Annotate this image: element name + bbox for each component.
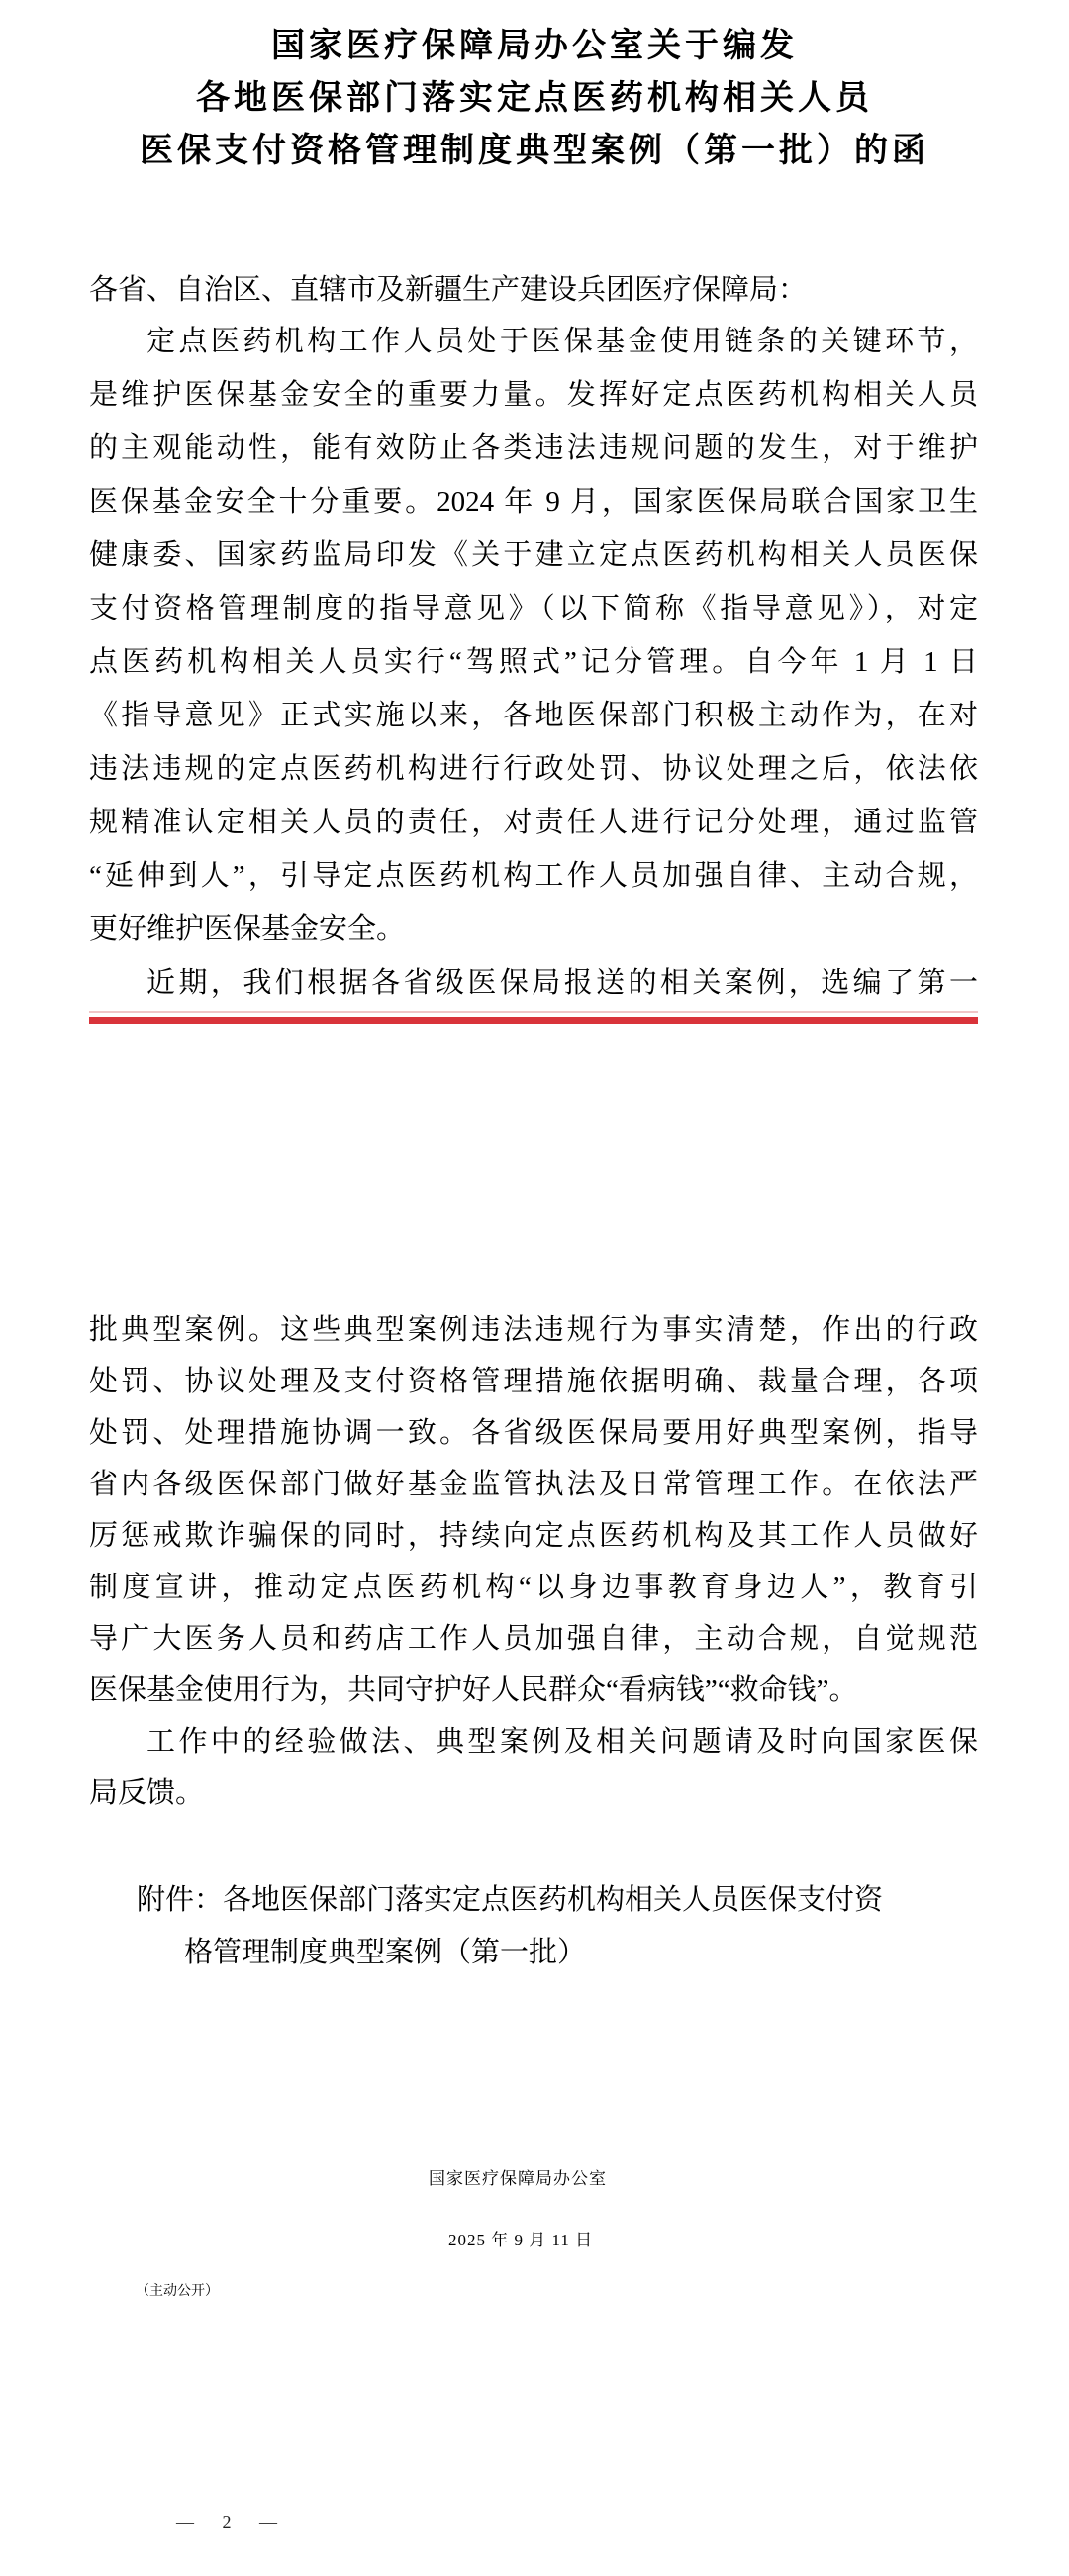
body-line: 支付资格管理制度的指导意见》（以下简称《指导意见》），对定 xyxy=(89,582,978,635)
paragraph-2-continued: 批典型案例。这些典型案例违法违规行为事实清楚，作出的行政 处罚、协议处理及支付资… xyxy=(89,1304,978,1716)
body-line: 局反馈。 xyxy=(89,1767,978,1819)
title-line: 国家医疗保障局办公室关于编发 xyxy=(0,20,1069,72)
attachment-note: 附件：各地医保部门落实定点医药机构相关人员医保支付资 格管理制度典型案例（第一批… xyxy=(89,1874,978,1979)
page-number: — 2 — xyxy=(176,2509,289,2534)
body-line: 的主观能动性，能有效防止各类违法违规问题的发生，对于维护 xyxy=(89,422,978,475)
body-line: 制度宣讲，推动定点医药机构“以身边事教育身边人”，教育引 xyxy=(89,1562,978,1613)
body-line: 厉惩戒欺诈骗保的同时，持续向定点医药机构及其工作人员做好 xyxy=(89,1510,978,1562)
document-page: 国家医疗保障局办公室关于编发 各地医保部门落实定点医药机构相关人员 医保支付资格… xyxy=(0,0,1069,2576)
body-line: 医保基金使用行为，共同守护好人民群众“看病钱”“救命钱”。 xyxy=(89,1665,978,1716)
body-line: 省内各级医保部门做好基金监管执法及日常管理工作。在依法严 xyxy=(89,1459,978,1510)
body-line: 导广大医务人员和药店工作人员加强自律，主动合规，自觉规范 xyxy=(89,1613,978,1665)
salutation-line: 各省、自治区、直辖市及新疆生产建设兵团医疗保障局： xyxy=(89,263,978,317)
body-line: 《指导意见》正式实施以来，各地医保部门积极主动作为，在对 xyxy=(89,689,978,742)
title-line: 各地医保部门落实定点医药机构相关人员 xyxy=(0,72,1069,125)
body-line: 处罚、协议处理及支付资格管理措施依据明确、裁量合理，各项 xyxy=(89,1356,978,1407)
publicity-note: （主动公开） xyxy=(136,2281,219,2303)
signature-date: 2025 年 9 月 11 日 xyxy=(448,2226,593,2255)
body-line: 定点医药机构工作人员处于医保基金使用链条的关键环节， xyxy=(89,315,978,368)
body-line: 工作中的经验做法、典型案例及相关问题请及时向国家医保 xyxy=(89,1716,978,1767)
attachment-line: 格管理制度典型案例（第一批） xyxy=(89,1927,978,1979)
signature-office: 国家医疗保障局办公室 xyxy=(429,2164,607,2194)
paragraph-3: 工作中的经验做法、典型案例及相关问题请及时向国家医保 局反馈。 xyxy=(89,1716,978,1819)
body-line: 点医药机构相关人员实行“驾照式”记分管理。自今年 1 月 1 日 xyxy=(89,635,978,689)
body-line: 近期，我们根据各省级医保局报送的相关案例，选编了第一 xyxy=(89,956,978,1009)
attachment-line: 附件：各地医保部门落实定点医药机构相关人员医保支付资 xyxy=(89,1874,978,1927)
salutation: 各省、自治区、直辖市及新疆生产建设兵团医疗保障局： xyxy=(89,263,978,317)
page-title: 国家医疗保障局办公室关于编发 各地医保部门落实定点医药机构相关人员 医保支付资格… xyxy=(0,20,1069,177)
page-divider-light-line xyxy=(89,1011,978,1013)
body-line: “延伸到人”，引导定点医药机构工作人员加强自律、主动合规， xyxy=(89,849,978,903)
paragraph-2-start: 近期，我们根据各省级医保局报送的相关案例，选编了第一 xyxy=(89,956,978,1009)
body-line: 规精准认定相关人员的责任，对责任人进行记分处理，通过监管 xyxy=(89,796,978,849)
body-line: 批典型案例。这些典型案例违法违规行为事实清楚，作出的行政 xyxy=(89,1304,978,1356)
body-line: 违法违规的定点医药机构进行行政处罚、协议处理之后，依法依 xyxy=(89,742,978,796)
paragraph-1: 定点医药机构工作人员处于医保基金使用链条的关键环节， 是维护医保基金安全的重要力… xyxy=(89,315,978,956)
body-line: 是维护医保基金安全的重要力量。发挥好定点医药机构相关人员 xyxy=(89,368,978,422)
body-line: 医保基金安全十分重要。2024 年 9 月，国家医保局联合国家卫生 xyxy=(89,475,978,528)
body-line: 处罚、处理措施协调一致。各省级医保局要用好典型案例，指导 xyxy=(89,1407,978,1459)
body-line: 更好维护医保基金安全。 xyxy=(89,903,978,956)
body-line: 健康委、国家药监局印发《关于建立定点医药机构相关人员医保 xyxy=(89,528,978,582)
title-line: 医保支付资格管理制度典型案例（第一批）的函 xyxy=(0,125,1069,177)
page-divider-red-line xyxy=(89,1017,978,1024)
